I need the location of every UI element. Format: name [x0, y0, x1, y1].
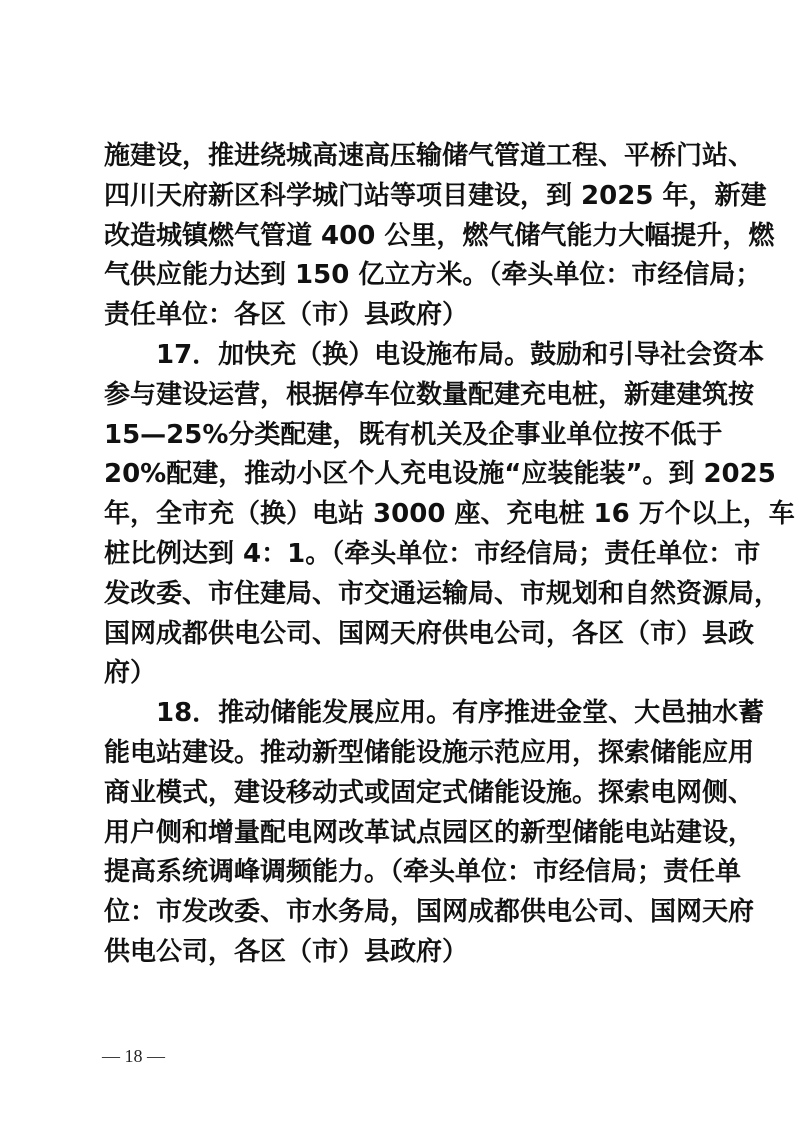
- text-line: 责任单位：各区（市）县政府）: [104, 296, 698, 336]
- paragraph-18: 18．推动储能发展应用。有序推进金堂、大邑抽水蓄 能电站建设。推动新型储能设施示…: [104, 694, 698, 973]
- text-line: 改造城镇燃气管道 400 公里，燃气储气能力大幅提升，燃: [104, 217, 698, 257]
- text-line: 位：市发改委、市水务局，国网成都供电公司、国网天府: [104, 893, 698, 933]
- page-number: — 18 —: [102, 1046, 165, 1067]
- text-line: 施建设，推进绕城高速高压输储气管道工程、平桥门站、: [104, 137, 698, 177]
- text-line: 用户侧和增量配电网改革试点园区的新型储能电站建设，: [104, 814, 698, 854]
- paragraph-heading-line: 18．推动储能发展应用。有序推进金堂、大邑抽水蓄: [104, 694, 698, 734]
- text-line: 供电公司，各区（市）县政府）: [104, 933, 698, 973]
- text-line: 桩比例达到 4：1。（牵头单位：市经信局；责任单位：市: [104, 535, 698, 575]
- text-line: 20%配建，推动小区个人充电设施“应装能装”。到 2025: [104, 455, 698, 495]
- paragraph-17: 17．加快充（换）电设施布局。鼓励和引导社会资本 参与建设运营，根据停车位数量配…: [104, 336, 698, 694]
- text-line: 参与建设运营，根据停车位数量配建充电桩，新建建筑按: [104, 376, 698, 416]
- text-line: 四川天府新区科学城门站等项目建设，到 2025 年，新建: [104, 177, 698, 217]
- text-line: 气供应能力达到 150 亿立方米。（牵头单位：市经信局；: [104, 256, 698, 296]
- text-line: 府）: [104, 654, 698, 694]
- text-line: 年，全市充（换）电站 3000 座、充电桩 16 万个以上，车: [104, 495, 698, 535]
- paragraph-heading-line: 17．加快充（换）电设施布局。鼓励和引导社会资本: [104, 336, 698, 376]
- paragraph-16-continuation: 施建设，推进绕城高速高压输储气管道工程、平桥门站、 四川天府新区科学城门站等项目…: [104, 137, 698, 336]
- text-line: 发改委、市住建局、市交通运输局、市规划和自然资源局，: [104, 575, 698, 615]
- text-line: 国网成都供电公司、国网天府供电公司，各区（市）县政: [104, 615, 698, 655]
- body-text: 施建设，推进绕城高速高压输储气管道工程、平桥门站、 四川天府新区科学城门站等项目…: [104, 137, 698, 973]
- text-line: 能电站建设。推动新型储能设施示范应用，探索储能应用: [104, 734, 698, 774]
- text-line: 提高系统调峰调频能力。（牵头单位：市经信局；责任单: [104, 853, 698, 893]
- document-page: 施建设，推进绕城高速高压输储气管道工程、平桥门站、 四川天府新区科学城门站等项目…: [0, 0, 800, 1131]
- text-line: 商业模式，建设移动式或固定式储能设施。探索电网侧、: [104, 774, 698, 814]
- text-line: 15—25%分类配建，既有机关及企事业单位按不低于: [104, 416, 698, 456]
